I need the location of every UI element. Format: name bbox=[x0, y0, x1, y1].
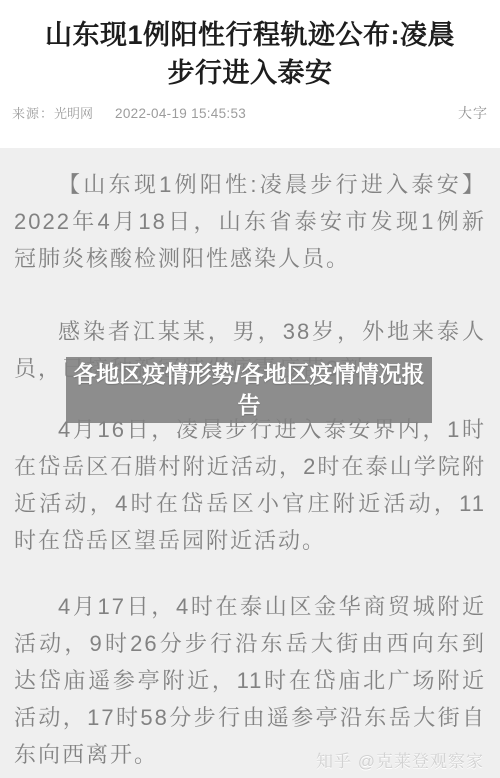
article-title: 山东现1例阳性行程轨迹公布:凌晨步行进入泰安 bbox=[0, 0, 500, 92]
paragraph-april-16-track: 4月16日，凌晨步行进入泰安界内，1时在岱岳区石腊村附近活动，2时在泰山学院附近… bbox=[14, 411, 486, 559]
article-body: 【山东现1例阳性:凌晨步行进入泰安】2022年4月18日，山东省泰安市发现1例新… bbox=[0, 148, 500, 778]
meta-bar: 来源： 光明网 2022-04-19 15:45:53 大字 bbox=[0, 103, 500, 123]
source-name: 光明网 bbox=[54, 103, 93, 122]
watermark-overlay-text: 各地区疫情形势/各地区疫情情况报告 bbox=[70, 359, 428, 421]
zhihu-watermark: 知乎 @克莱登观察家 bbox=[316, 747, 484, 772]
font-size-control[interactable]: 大字 bbox=[458, 103, 488, 123]
meta-source-group: 来源： 光明网 2022-04-19 15:45:53 bbox=[12, 103, 246, 122]
source-label: 来源： bbox=[12, 103, 54, 122]
watermark-overlay: 各地区疫情形势/各地区疫情情况报告 bbox=[66, 357, 432, 423]
article-header: 山东现1例阳性行程轨迹公布:凌晨步行进入泰安 来源： 光明网 2022-04-1… bbox=[0, 0, 500, 123]
publish-datetime: 2022-04-19 15:45:53 bbox=[115, 106, 246, 121]
article-page: 山东现1例阳性行程轨迹公布:凌晨步行进入泰安 来源： 光明网 2022-04-1… bbox=[0, 0, 500, 778]
paragraph-april-17-track: 4月17日，4时在泰山区金华商贸城附近活动，9时26分步行沿东岳大街由西向东到达… bbox=[14, 588, 486, 773]
paragraph-intro: 【山东现1例阳性:凌晨步行进入泰安】2022年4月18日，山东省泰安市发现1例新… bbox=[14, 166, 486, 277]
